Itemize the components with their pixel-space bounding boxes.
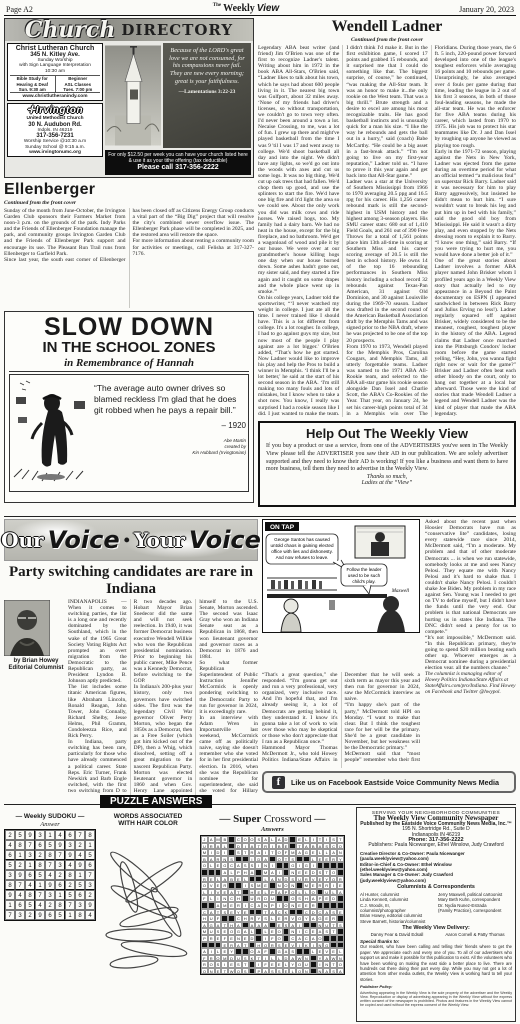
sudoku-cell: 5 [75,880,85,890]
sudoku-cell: 4 [85,910,95,920]
crossword-cell: S [242,862,249,869]
crossword-cell: D [283,955,290,962]
crossword-cell [228,836,235,843]
sudoku-cell: 3 [25,850,35,860]
crossword-cell: D [249,935,256,942]
crossword-cell: A [296,935,303,942]
bottom-section: PUZZLE ANSWERS — Weekly SUDOKU — Answer … [4,804,516,1022]
crossword-cell: E [221,942,228,949]
crossword-cell: A [262,836,269,843]
sudoku-cell: 9 [45,880,55,890]
crossword-cell: A [208,836,215,843]
crossword-cell: V [289,942,296,949]
crossword-cell: E [269,928,276,935]
sudoku-cell: 1 [85,840,95,850]
crossword-cell [317,902,324,909]
facebook-text: Like us on Facebook Eastside Voice Commu… [291,778,499,787]
crossword-cell: F [215,915,222,922]
continued-notice: Continued from the front cover [4,200,254,206]
crossword-cell: H [228,922,235,929]
crossword-cell: S [269,968,276,975]
crossword-cell: S [276,968,283,975]
sudoku-cell: 4 [65,860,75,870]
crossword-cell: C [303,928,310,935]
crossword-cell: U [208,928,215,935]
crossword-cell: E [276,915,283,922]
crossword-cell [296,909,303,916]
crossword-cell [228,849,235,856]
crossword-cell: A [296,849,303,856]
crossword-cell: V [208,882,215,889]
sudoku-cell: 2 [5,830,15,840]
crossword-cell: C [289,935,296,942]
crossword-cell [249,942,256,949]
listing-christ-lutheran: Christ Lutheran Church 345 N. Kitley Ave… [7,43,103,101]
crossword-cell: M [262,869,269,876]
sudoku-cell: 5 [5,860,15,870]
crossword-cell: N [276,876,283,883]
staff-roles: Creative Director & Co-Owner: Paula Nice… [360,851,512,883]
crossword-cell: S [228,856,235,863]
crossword-cell: I [296,942,303,949]
crossword-cell: A [310,895,317,902]
crossword-cell: I [208,948,215,955]
service-times: Worship Service @10:30 a.m Sunday School… [10,139,100,150]
crossword-cell: E [255,889,262,896]
sudoku-cell: 7 [5,910,15,920]
crossword-cell [303,948,310,955]
crossword-cell: I [262,849,269,856]
crossword-cell: L [283,961,290,968]
crossword-cell: F [262,948,269,955]
crossword-cell [289,836,296,843]
crossword-cell: I [323,836,330,843]
crossword-cell [208,942,215,949]
crossword-cell [337,915,344,922]
worship-times: Sunday Worship with Sign Language Interp… [10,58,100,75]
voice-section: Our Voice • Your Voice Party switching c… [4,516,516,804]
crossword-cell: I [208,889,215,896]
sudoku-cell: 8 [55,900,65,910]
crossword-cell: O [276,928,283,935]
crossword-cell [337,935,344,942]
crossword-cell: L [228,869,235,876]
crossword-cell: A [201,948,208,955]
crossword-cell: L [317,849,324,856]
crossword-cell: O [235,968,242,975]
crossword-cell: S [317,869,324,876]
crossword-cell: N [221,856,228,863]
crossword-cell: T [255,955,262,962]
crossword-cell: K [249,955,256,962]
crossword-cell: G [276,948,283,955]
crossword-cell: S [249,862,256,869]
crossword-cell: U [323,889,330,896]
crossword-cell [228,915,235,922]
crossword-cell: U [208,915,215,922]
crossword-cell: W [228,968,235,975]
crossword-cell: T [269,849,276,856]
church-directory-header: Church DIRECTORY [5,19,253,41]
sudoku-cell: 1 [15,850,25,860]
sudoku-cell: 8 [25,890,35,900]
crossword-cell: A [276,836,283,843]
crossword-cell [201,902,208,909]
sudoku-cell: 9 [35,910,45,920]
crossword-cell: A [303,843,310,850]
crossword-cell: L [289,968,296,975]
sudoku-cell: 3 [65,840,75,850]
crossword-cell: E [228,961,235,968]
crossword-cell: S [283,922,290,929]
crossword-cell [235,948,242,955]
crossword-cell: C [303,935,310,942]
crossword-cell: U [249,895,256,902]
crossword-cell: L [310,856,317,863]
crossword-cell [283,935,290,942]
crossword-cell: R [310,902,317,909]
crossword-cell: I [262,935,269,942]
crossword-cell: E [215,862,222,869]
listing-rate-ad: For only $12.50 per week you can have yo… [105,150,251,175]
sudoku-cell: 7 [25,840,35,850]
wordsearch-answer-block: WORDS ASSOCIATED WITH HAIR COLOR [102,813,194,982]
scripture-verse-box: Because of the LORD's great love we are … [163,43,251,148]
sudoku-cell: 1 [45,830,55,840]
crossword-cell: A [283,948,290,955]
sudoku-cell: 1 [55,890,65,900]
crossword-cell: A [235,922,242,929]
crossword-cell: F [221,935,228,942]
crossword-cell: L [303,889,310,896]
sudoku-cell: 3 [15,910,25,920]
crossword-cell: I [221,961,228,968]
sudoku-cell: 3 [5,870,15,880]
crossword-cell: I [276,902,283,909]
publishers-line: Publishers: Paula Nicewanger, Ethel Wins… [360,843,512,848]
crossword-cell: T [255,843,262,850]
listing-irvington-umc: ✛Irvington United Methodist Church 30 N.… [7,103,103,157]
slow-down-ad: SLOW DOWN IN THE SCHOOL ZONES in Remembr… [4,311,254,503]
crossword-cell: B [221,836,228,843]
crossword-cell: O [330,869,337,876]
crossword-cell [242,948,249,955]
crossword-cell: E [269,961,276,968]
crossword-cell: E [323,915,330,922]
crossword-cell: I [242,843,249,850]
crossword-cell: I [269,843,276,850]
crossword-cell: E [317,876,324,883]
crossword-cell [296,948,303,955]
crossword-cell: A [249,869,256,876]
sudoku-cell: 7 [55,850,65,860]
crossword-cell: Y [337,856,344,863]
crossword-cell: N [276,882,283,889]
crossword-cell: Y [255,915,262,922]
crossword-cell: A [262,922,269,929]
crossword-cell: I [296,922,303,929]
crossword-cell: I [242,902,249,909]
ellenberger-headline: Ellenberger [4,181,254,199]
crossword-cell [255,928,262,935]
crossword-cell: I [215,895,222,902]
crossword-cell: A [249,922,256,929]
top-section: Church DIRECTORY Christ Lutheran Church … [4,16,516,516]
crossword-cell: O [262,942,269,949]
on-tap-cartoon: ON TAP George Santos has caused untold c… [262,519,420,633]
rate-phone: Please call 317-356-2222 [107,164,249,173]
help-out-body: If you buy a product or use a service, f… [266,443,508,474]
crossword-cell [215,942,222,949]
crossword-cell: P [269,889,276,896]
sudoku-cell: 4 [25,880,35,890]
sudoku-cell: 4 [55,830,65,840]
voice-right: ON TAP George Santos has caused untold c… [262,519,516,804]
sudoku-cell: 2 [85,890,95,900]
rate-text: For only $12.50 per week you can have yo… [107,152,249,165]
crossword-cell [201,942,208,949]
crossword-cell: A [289,922,296,929]
crossword-cell: E [310,882,317,889]
howey-article: by Brian Howey Editorial Columnist INDIA… [4,599,258,795]
crossword-cell: L [215,948,222,955]
crossword-cell: T [330,928,337,935]
crossword-cell: A [201,922,208,929]
crossword-cell [242,922,249,929]
crossword-cell [303,856,310,863]
crossword-cell: A [276,889,283,896]
crossword-subtitle: Answers [200,826,345,833]
crossword-cell: E [276,961,283,968]
crossword-cell: E [221,948,228,955]
ladner-body: Legendary ABA beat writer (and friend) J… [258,45,516,417]
sudoku-cell: 8 [15,840,25,850]
crossword-cell: K [283,909,290,916]
crossword-cell: I [296,928,303,935]
crossword-cell: R [330,915,337,922]
sudoku-cell: 8 [35,860,45,870]
sudoku-cell: 8 [5,880,15,890]
crossword-cell: O [201,882,208,889]
crossword-cell: N [317,942,324,949]
crossword-cell: R [249,849,256,856]
page-number: Page A2 [6,5,33,14]
crossword-cell: M [221,902,228,909]
crossword-cell: U [201,843,208,850]
crossword-cell: R [201,876,208,883]
crossword-cell: R [208,955,215,962]
crossword-cell [269,948,276,955]
crossword-cell: O [296,915,303,922]
crossword-cell: E [330,948,337,955]
crossword-cell: E [221,928,228,935]
crossword-cell [323,862,330,869]
crossword-cell: N [317,968,324,975]
crossword-cell [310,955,317,962]
howey-byline: by Brian Howey Editorial Columnist [4,658,68,672]
crossword-cell: T [330,922,337,929]
crossword-cell: A [215,843,222,850]
crossword-cell: U [303,961,310,968]
church-steeple-photo [105,43,161,148]
crossword-cell: E [296,902,303,909]
crossword-cell: O [201,968,208,975]
crossword-cell: C [249,902,256,909]
crossword-cell: S [330,909,337,916]
crossword-cell: E [262,882,269,889]
crossword-cell: A [323,968,330,975]
sudoku-cell: 9 [65,850,75,860]
sudoku-cell: 1 [5,900,15,910]
crossword-cell: D [310,869,317,876]
crossword-cell: R [235,902,242,909]
crossword-cell: R [201,961,208,968]
crossword-cell: S [296,895,303,902]
crossword-cell: A [215,902,222,909]
crossword-cell [296,856,303,863]
crossword-cell: K [303,942,310,949]
crossword-cell: L [337,948,344,955]
crossword-cell: D [262,895,269,902]
crossword-cell: L [262,928,269,935]
columnist-bio: The columnist is managing editor of Howe… [425,671,516,695]
crossword-cell: N [221,895,228,902]
bubble1-line4: And now refuses to leave. [276,555,329,560]
crossword-cell: L [269,836,276,843]
crossword-cell: I [310,942,317,949]
crossword-cell: M [255,882,262,889]
crossword-cell: I [269,862,276,869]
crossword-cell: I [317,961,324,968]
quote-year: – 1920 [94,421,246,432]
crossword-cell: G [221,862,228,869]
crossword-cell: F [283,849,290,856]
crossword-cell: F [262,961,269,968]
crossword-cell: O [249,948,256,955]
crossword-cell: B [276,843,283,850]
school-zones-title: IN THE SCHOOL ZONES [9,340,249,357]
crossword-cell [283,862,290,869]
crossword-cell: N [303,968,310,975]
crossword-cell: S [242,955,249,962]
crossword-cell [228,843,235,850]
crossword-cell: E [242,909,249,916]
crossword-cell: D [330,895,337,902]
crossword-cell: G [303,849,310,856]
crossword-cell: I [255,961,262,968]
crossword-cell: T [317,836,324,843]
crossword-cell [330,935,337,942]
crossword-cell: A [208,909,215,916]
crossword-cell: F [269,935,276,942]
crossword-cell: I [208,849,215,856]
crossword-cell: A [262,968,269,975]
sudoku-cell: 4 [35,900,45,910]
sudoku-cell: 9 [25,830,35,840]
ellenberger-body: Sunday of the month from June-October, t… [4,208,254,308]
sudoku-cell: 3 [75,900,85,910]
church-website: www.christlutheranindy.com [10,94,100,99]
sudoku-cell: 1 [25,860,35,870]
crossword-cell: R [283,915,290,922]
bubble2-line1: Follow the leader [347,567,382,572]
crossword-cell: A [269,869,276,876]
crossword-cell: E [208,876,215,883]
crossword-cell: H [242,915,249,922]
delivery-right: Aaron Cornell & Patty Thomas [438,932,512,937]
sudoku-cell: 6 [35,840,45,850]
crossword-cell: L [242,876,249,883]
crossword-cell [330,902,337,909]
crossword-cell: E [221,889,228,896]
sudoku-cell: 8 [65,870,75,880]
bubble2-line3: child's play. [352,579,375,584]
crossword-cell [255,876,262,883]
crossword-cell: O [283,882,290,889]
howey-headline: Party switching candidates are rare in I… [4,564,258,597]
crossword-cell: O [283,902,290,909]
crossword-cell: A [323,909,330,916]
sudoku-cell: 7 [75,830,85,840]
crossword-cell: E [296,869,303,876]
crossword-cell [323,902,330,909]
abe-martin-cartoon [12,377,90,489]
voice-left: Our Voice • Your Voice Party switching c… [4,519,258,804]
church-name: Christ Lutheran Church [10,45,100,52]
crossword-cell: S [330,836,337,843]
crossword-cell: D [310,909,317,916]
columnists-header: Columnists & Correspondents [360,885,512,890]
crossword-cell: A [337,889,344,896]
crossword-cell [249,968,256,975]
crossword-cell: N [289,882,296,889]
crossword-cell: N [208,968,215,975]
crossword-cell [255,909,262,916]
crossword-cell: E [323,856,330,863]
crossword-cell: A [269,876,276,883]
crossword-cell: C [235,915,242,922]
crossword-cell: A [215,922,222,929]
sudoku-cell: 7 [65,900,75,910]
crossword-cell: M [201,849,208,856]
crossword-cell: I [276,869,283,876]
crossword-cell: O [228,928,235,935]
sudoku-cell: 1 [65,910,75,920]
crossword-cell: O [215,955,222,962]
crossword-cell: T [337,836,344,843]
quote-text: “The average auto owner drives so blamed… [94,383,246,417]
sudoku-cell: 6 [65,830,75,840]
crossword-cell: S [323,928,330,935]
sudoku-cell: 2 [75,840,85,850]
crossword-cell: M [303,882,310,889]
masthead-info-box: SERVING YOUR NEIGHBORHOOD COMMUNITIES Th… [356,807,516,1022]
asl-classes: Beginner ASL Classes Tues. 7:00 pm [56,76,101,92]
crossword-cell: T [242,849,249,856]
crossword-cell: A [255,849,262,856]
crossword-cell: R [228,942,235,949]
crossword-cell: A [317,843,324,850]
crossword-cell: T [323,869,330,876]
sudoku-cell: 5 [25,900,35,910]
crossword-cell: L [276,955,283,962]
verse-text: Because of the LORD's great love we are … [169,47,245,85]
crossword-cell [317,889,324,896]
crossword-cell: S [215,961,222,968]
crossword-cell [337,942,344,949]
crossword-cell [215,869,222,876]
crossword-cell: L [269,955,276,962]
